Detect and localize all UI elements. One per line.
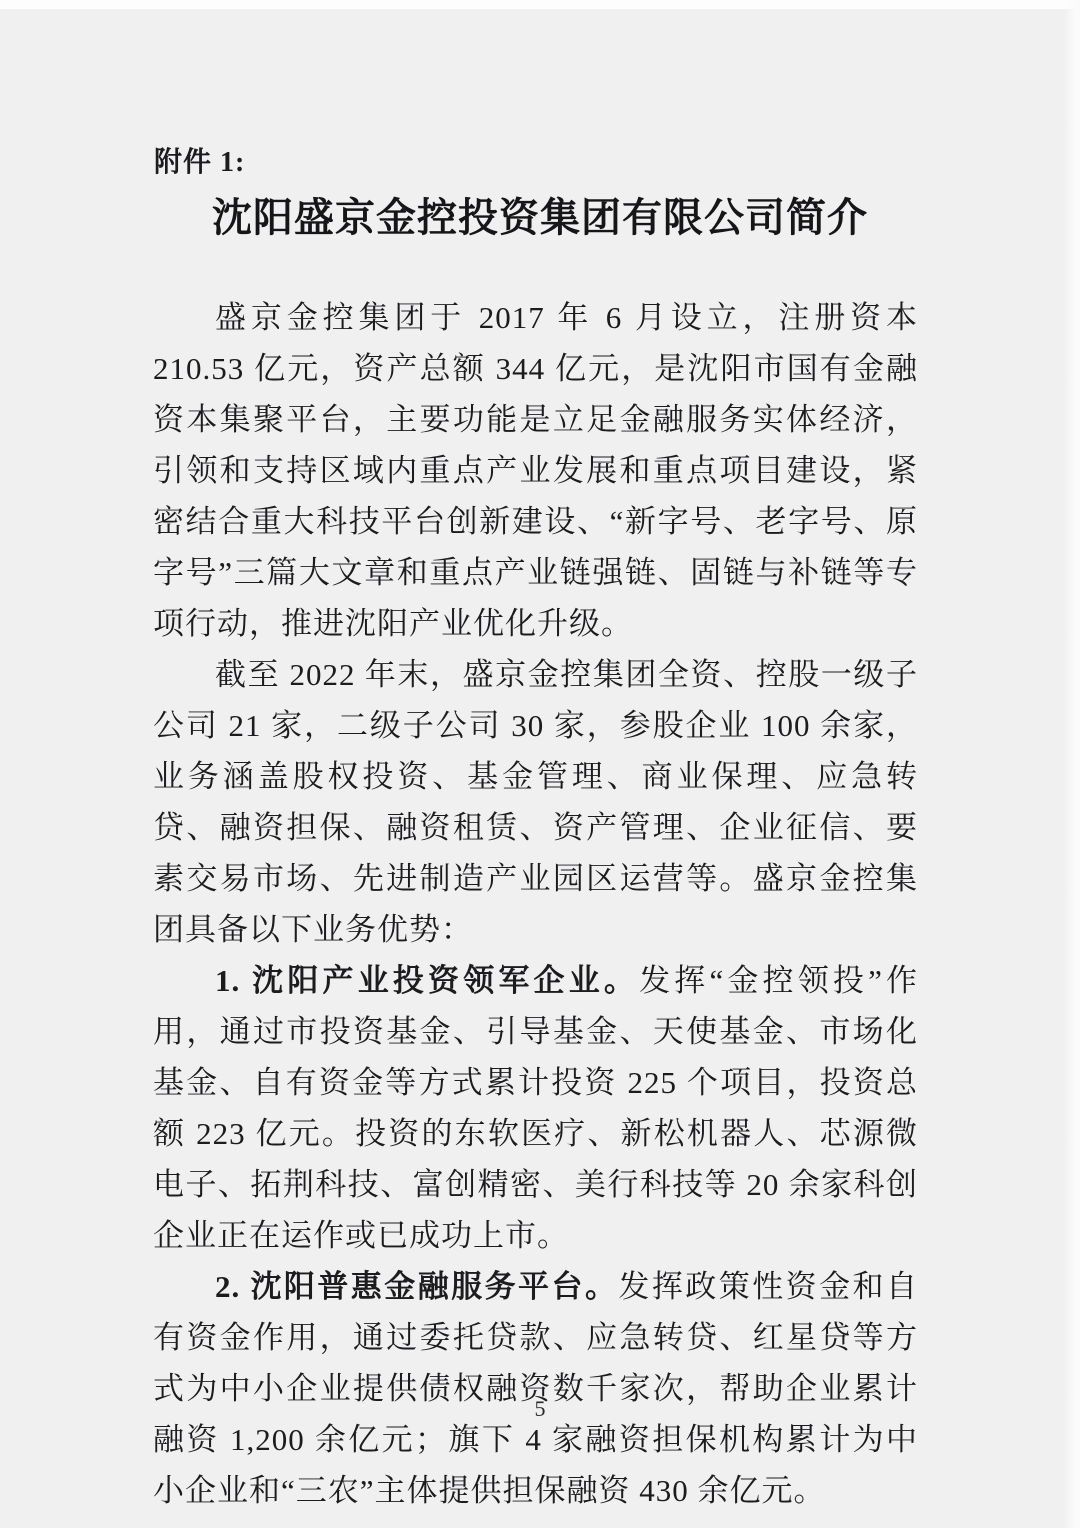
paragraph-lead-bold: 1. 沈阳产业投资领军企业。 <box>215 963 639 998</box>
paragraph-text: 发挥“金控领投”作用，通过市投资基金、引导基金、天使基金、市场化基金、自有资金等… <box>153 963 918 1253</box>
attachment-label: 附件 1: <box>154 140 245 180</box>
scan-edge-top <box>0 0 1080 9</box>
document-body: 盛京金控集团于 2017 年 6 月设立，注册资本 210.53 亿元，资产总额… <box>153 292 918 1516</box>
paragraph-text: 盛京金控集团于 2017 年 6 月设立，注册资本 210.53 亿元，资产总额… <box>153 300 918 641</box>
paragraph-lead-bold: 2. 沈阳普惠金融服务平台。 <box>215 1269 618 1304</box>
page-title: 沈阳盛京金控投资集团有限公司简介 <box>0 186 1080 243</box>
paragraph-subsidiaries: 截至 2022 年末，盛京金控集团全资、控股一级子公司 21 家，二级子公司 3… <box>153 649 918 955</box>
page-number: 5 <box>0 1396 1080 1422</box>
paragraph-advantage-1: 1. 沈阳产业投资领军企业。发挥“金控领投”作用，通过市投资基金、引导基金、天使… <box>153 955 918 1261</box>
paragraph-advantage-2: 2. 沈阳普惠金融服务平台。发挥政策性资金和自有资金作用，通过委托贷款、应急转贷… <box>153 1261 918 1516</box>
document-page: 附件 1: 沈阳盛京金控投资集团有限公司简介 盛京金控集团于 2017 年 6 … <box>0 0 1080 1528</box>
paragraph-text: 发挥政策性资金和自有资金作用，通过委托贷款、应急转贷、红星贷等方式为中小企业提供… <box>153 1269 918 1508</box>
paragraph-company-overview: 盛京金控集团于 2017 年 6 月设立，注册资本 210.53 亿元，资产总额… <box>153 292 918 649</box>
paragraph-text: 截至 2022 年末，盛京金控集团全资、控股一级子公司 21 家，二级子公司 3… <box>153 657 918 947</box>
